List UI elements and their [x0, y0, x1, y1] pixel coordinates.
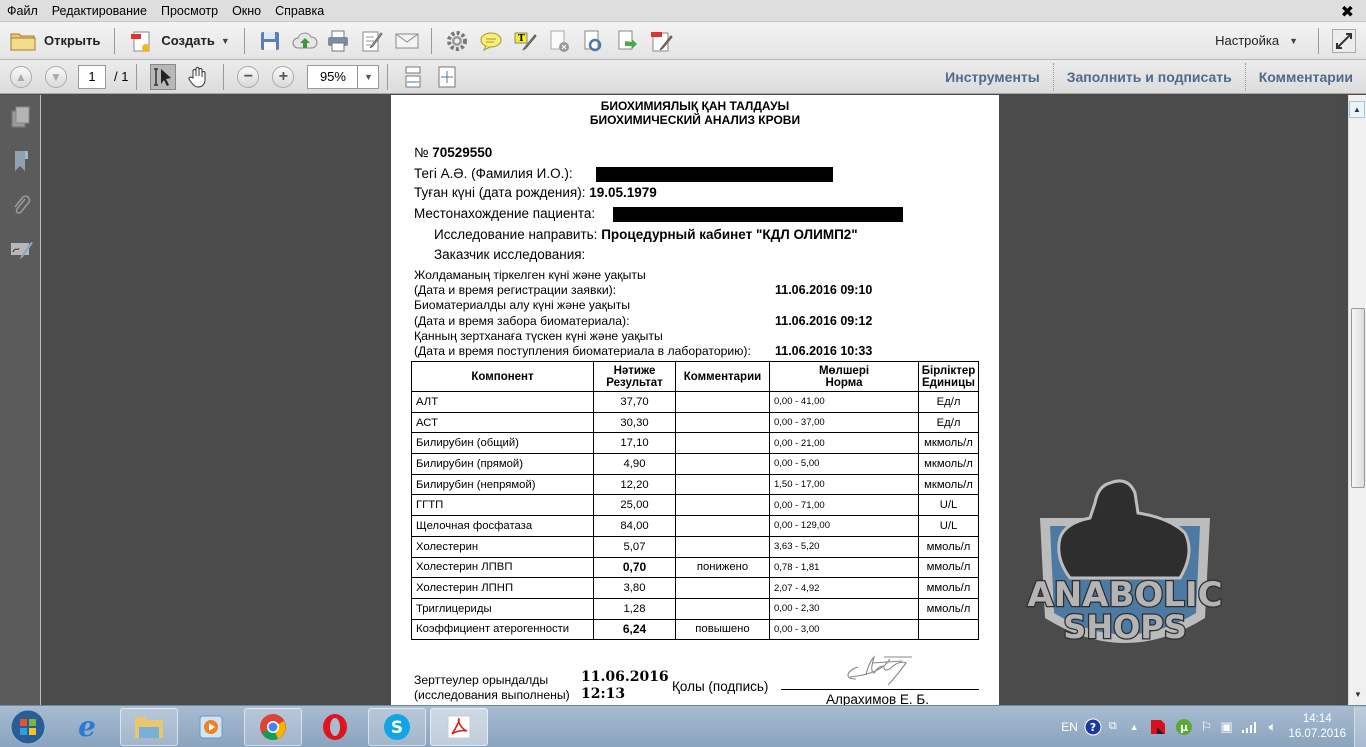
menu-window[interactable]: Окно: [225, 4, 268, 18]
clock-date: 16.07.2016: [1288, 727, 1346, 742]
highlight-text-icon[interactable]: T: [513, 29, 537, 53]
table-header-row: Компонент НәтижеРезультат Комментарии Мө…: [412, 362, 979, 392]
folder-icon: [10, 30, 36, 52]
component-cell: Щелочная фосфатаза: [412, 516, 594, 537]
component-cell: Холестерин: [412, 536, 594, 557]
unit-cell: U/L: [919, 516, 979, 537]
dob-value: 19.05.1979: [589, 185, 657, 200]
skype-icon: S: [382, 712, 412, 742]
lab-label-kz: Қанның зертханаға түскен күні және уақыт…: [414, 329, 663, 343]
results-table: Компонент НәтижеРезультат Комментарии Мө…: [411, 361, 979, 640]
opera-icon: [320, 712, 350, 742]
separator: [223, 64, 224, 90]
signatures-button[interactable]: [0, 227, 41, 271]
file-export-icon[interactable]: [615, 29, 639, 53]
send-to-value: Процедурный кабинет "КДЛ ОЛИМП2": [601, 227, 857, 242]
result-cell: 17,10: [594, 433, 676, 454]
power-icon[interactable]: ▣: [1220, 719, 1232, 735]
menu-edit[interactable]: Редактирование: [45, 4, 154, 18]
windows-taskbar: e S EN ? ⧉ ▲ µ ⚐ ▣ 🔈︎ 14:14 16.07.2016: [0, 705, 1366, 747]
norm-cell: 2,07 - 4,92: [770, 578, 919, 599]
kaspersky-icon[interactable]: [1149, 718, 1167, 736]
svg-text:T: T: [518, 34, 525, 44]
component-cell: Билирубин (общий): [412, 433, 594, 454]
done-time: 12:13: [581, 686, 625, 702]
clock[interactable]: 14:14 16.07.2016: [1288, 712, 1346, 742]
unit-cell: ммоль/л: [919, 598, 979, 619]
adobe-reader-window: Файл Редактирование Просмотр Окно Справк…: [0, 0, 1366, 747]
comment-icon[interactable]: [479, 29, 503, 53]
anabolic-shops-watermark: ANABOLIC SHOPS: [1020, 478, 1230, 663]
scroll-down-button[interactable]: ▼: [1350, 686, 1366, 703]
comments-pane-link[interactable]: Комментарии: [1245, 63, 1366, 91]
separator: [114, 28, 115, 54]
norm-cell: 1,50 - 17,00: [770, 474, 919, 495]
taskbar-chrome[interactable]: [244, 708, 302, 746]
header-norm: МөлшеріНорма: [770, 362, 919, 392]
signal-icon[interactable]: [1241, 720, 1259, 734]
done-label-kz: Зерттеулер орындалды: [414, 673, 548, 687]
separator: [431, 28, 432, 54]
hand-tool-icon[interactable]: [186, 65, 210, 89]
sign-icon[interactable]: [649, 29, 673, 53]
comment-cell: [676, 578, 770, 599]
chevron-down-icon: ▼: [1289, 36, 1298, 46]
folder-icon: [133, 713, 165, 741]
component-cell: Билирубин (непрямой): [412, 474, 594, 495]
taskbar-file-explorer[interactable]: [120, 708, 178, 746]
lab-label-ru: (Дата и время поступления биоматериала в…: [414, 344, 751, 358]
result-cell: 5,07: [594, 536, 676, 557]
svg-text:S: S: [391, 718, 403, 738]
customize-button[interactable]: Настройка ▼: [1209, 26, 1304, 56]
svg-text:µ: µ: [1180, 721, 1188, 734]
table-row: Билирубин (общий)17,100,00 - 21,00мкмоль…: [412, 433, 979, 454]
main-toolbar: Открыть Создать ▼ T Настройка ▼: [0, 22, 1366, 60]
table-row: АСТ30,300,00 - 37,00Ед/л: [412, 412, 979, 433]
result-cell: 25,00: [594, 495, 676, 516]
file-ocr-icon[interactable]: [581, 29, 605, 53]
signer-name: Алрахимов Е. Б.: [826, 692, 929, 705]
header-comments: Комментарии: [676, 362, 770, 392]
scroll-thumb[interactable]: [1351, 308, 1365, 488]
comment-cell: [676, 536, 770, 557]
done-label-ru: (исследования выполнены): [414, 688, 570, 702]
unit-cell: мкмоль/л: [919, 474, 979, 495]
norm-cell: 0,00 - 71,00: [770, 495, 919, 516]
signature-label: Қолы (подпись): [672, 679, 768, 694]
comment-cell: [676, 412, 770, 433]
bookmarks-button[interactable]: [0, 139, 41, 183]
header-result: НәтижеРезультат: [594, 362, 676, 392]
collect-label-ru: (Дата и время забора биоматериала):: [414, 314, 629, 328]
result-cell: 0,70: [594, 557, 676, 578]
document-title: БИОХИМИЯЛЫҚ ҚАН ТАЛДАУЫ БИОХИМИЧЕСКИЙ АН…: [391, 99, 999, 127]
fullscreen-icon[interactable]: [1332, 29, 1356, 53]
component-cell: АЛТ: [412, 392, 594, 413]
header-component: Компонент: [412, 362, 594, 392]
page-thumbnails-button[interactable]: [0, 95, 41, 139]
menu-bar: Файл Редактирование Просмотр Окно Справк…: [0, 0, 1366, 22]
attachments-button[interactable]: [0, 183, 41, 227]
page-number-input[interactable]: 1: [78, 65, 106, 89]
result-cell: 1,28: [594, 598, 676, 619]
vertical-scrollbar[interactable]: ▲ ▼: [1348, 95, 1366, 705]
patient-name-label: Тегі А.Ә. (Фамилия И.О.):: [414, 166, 573, 181]
navigation-pane: [0, 95, 41, 705]
menu-file[interactable]: Файл: [0, 4, 45, 18]
gear-icon[interactable]: [445, 29, 469, 53]
svg-text:SHOPS: SHOPS: [1063, 608, 1187, 646]
bookmark-icon: [11, 149, 31, 173]
previous-page-button[interactable]: ▲: [10, 66, 32, 88]
menu-view[interactable]: Просмотр: [154, 4, 225, 18]
select-tool-icon[interactable]: [150, 64, 176, 90]
volume-icon[interactable]: 🔈︎: [1269, 719, 1277, 735]
result-cell: 12,20: [594, 474, 676, 495]
collect-value: 11.06.2016 09:12: [775, 314, 872, 328]
component-cell: Билирубин (прямой): [412, 454, 594, 475]
close-document-icon[interactable]: ✖: [1341, 2, 1354, 22]
reg-value: 11.06.2016 09:10: [775, 283, 872, 297]
table-row: Билирубин (прямой)4,900,00 - 5,00мкмоль/…: [412, 454, 979, 475]
taskbar-skype[interactable]: S: [368, 708, 426, 746]
component-cell: Холестерин ЛПНП: [412, 578, 594, 599]
table-row: Коэффициент атерогенности6,24повышено0,0…: [412, 619, 979, 640]
fill-sign-pane-link[interactable]: Заполнить и подписать: [1053, 63, 1245, 91]
utorrent-icon[interactable]: µ: [1175, 718, 1193, 736]
clock-time: 14:14: [1288, 712, 1346, 727]
separator: [1318, 28, 1319, 54]
taskbar-adobe-reader[interactable]: [430, 708, 488, 746]
network-restore-icon[interactable]: ⧉: [1109, 720, 1117, 733]
scroll-up-button[interactable]: ▲: [1349, 101, 1365, 118]
comment-cell: [676, 598, 770, 619]
open-button[interactable]: Открыть: [4, 26, 106, 56]
result-cell: 84,00: [594, 516, 676, 537]
lab-value: 11.06.2016 10:33: [775, 344, 872, 358]
send-to-row: Исследование направить: Процедурный каби…: [434, 227, 858, 242]
table-row: АЛТ37,700,00 - 41,00Ед/л: [412, 392, 979, 413]
zoom-in-button[interactable]: +: [272, 66, 294, 88]
total-pages: / 1: [114, 69, 128, 84]
separator: [244, 28, 245, 54]
component-cell: Холестерин ЛПВП: [412, 557, 594, 578]
result-cell: 4,90: [594, 454, 676, 475]
unit-cell: мкмоль/л: [919, 433, 979, 454]
chrome-icon: [258, 712, 288, 742]
create-button[interactable]: Создать ▼: [123, 26, 235, 56]
norm-cell: 0,00 - 5,00: [770, 454, 919, 475]
norm-cell: 0,00 - 41,00: [770, 392, 919, 413]
unit-cell: ммоль/л: [919, 536, 979, 557]
collect-label-kz: Биоматериалды алу күні және уақыты: [414, 298, 630, 312]
tools-pane-link[interactable]: Инструменты: [932, 63, 1053, 91]
ie-icon: e: [78, 710, 96, 743]
menu-help[interactable]: Справка: [268, 4, 331, 18]
print-icon[interactable]: [326, 29, 350, 53]
pdf-page: БИОХИМИЯЛЫҚ ҚАН ТАЛДАУЫ БИОХИМИЧЕСКИЙ АН…: [391, 95, 999, 705]
title-kz: БИОХИМИЯЛЫҚ ҚАН ТАЛДАУЫ: [391, 99, 999, 113]
zoom-out-button[interactable]: −: [237, 66, 259, 88]
norm-cell: 0,00 - 129,00: [770, 516, 919, 537]
component-cell: ГГТП: [412, 495, 594, 516]
fit-page-icon[interactable]: [435, 65, 459, 89]
result-cell: 6,24: [594, 619, 676, 640]
unit-cell: ммоль/л: [919, 557, 979, 578]
norm-cell: 3,63 - 5,20: [770, 536, 919, 557]
norm-cell: 0,00 - 3,00: [770, 619, 919, 640]
comment-cell: [676, 495, 770, 516]
reg-label-kz: Жолдаманың тіркелген күні және уақыты: [414, 268, 646, 282]
chevron-down-icon: ▼: [221, 36, 230, 46]
unit-cell: ммоль/л: [919, 578, 979, 599]
media-player-icon: [197, 713, 225, 741]
taskbar-opera[interactable]: [306, 708, 364, 746]
signature-icon: [9, 238, 33, 260]
component-cell: АСТ: [412, 412, 594, 433]
create-label: Создать: [161, 33, 214, 48]
results-table-body: АЛТ37,700,00 - 41,00Ед/лАСТ30,300,00 - 3…: [412, 392, 979, 640]
zoom-value: 95%: [308, 66, 358, 88]
arrow-up-icon: ▲: [15, 70, 27, 84]
cloud-upload-icon[interactable]: [292, 29, 316, 53]
arrow-down-icon: ▼: [50, 70, 62, 84]
location-label: Местонахождение пациента:: [414, 206, 595, 221]
norm-cell: 0,00 - 37,00: [770, 412, 919, 433]
table-row: Холестерин ЛПНП3,802,07 - 4,92ммоль/л: [412, 578, 979, 599]
chevron-down-icon: ▼: [358, 66, 378, 88]
dob-row: Туған күні (дата рождения): 19.05.1979: [414, 185, 657, 200]
component-cell: Коэффициент атерогенности: [412, 619, 594, 640]
order-number: № 70529550: [414, 145, 492, 160]
language-indicator[interactable]: EN: [1061, 720, 1078, 734]
comment-cell: [676, 474, 770, 495]
reg-label-ru: (Дата и время регистрации заявки):: [414, 283, 616, 297]
norm-cell: 0,00 - 2,30: [770, 598, 919, 619]
norm-cell: 0,00 - 21,00: [770, 433, 919, 454]
help-icon[interactable]: ?: [1084, 718, 1102, 736]
done-date: 11.06.2016: [581, 669, 669, 685]
signature-line: [781, 689, 979, 690]
paperclip-icon: [11, 193, 31, 217]
table-row: ГГТП25,000,00 - 71,00U/L: [412, 495, 979, 516]
pages-icon: [10, 105, 32, 129]
redacted-name: [596, 167, 833, 182]
email-icon[interactable]: [394, 29, 418, 53]
comment-cell: [676, 454, 770, 475]
fit-width-icon[interactable]: [401, 65, 425, 89]
unit-cell: [919, 619, 979, 640]
file-delete-icon[interactable]: [547, 29, 571, 53]
adobe-reader-icon: [445, 713, 473, 741]
result-cell: 30,30: [594, 412, 676, 433]
table-row: Билирубин (непрямой)12,201,50 - 17,00мкм…: [412, 474, 979, 495]
norm-cell: 0,78 - 1,81: [770, 557, 919, 578]
unit-cell: мкмоль/л: [919, 454, 979, 475]
separator: [136, 64, 137, 90]
table-row: Триглицериды1,280,00 - 2,30ммоль/л: [412, 598, 979, 619]
open-label: Открыть: [44, 33, 100, 48]
comment-cell: [676, 392, 770, 413]
show-desktop-button[interactable]: [1354, 707, 1366, 747]
customize-label: Настройка: [1215, 33, 1279, 48]
taskbar-media-player[interactable]: [182, 708, 240, 746]
comment-cell: [676, 433, 770, 454]
taskbar-internet-explorer[interactable]: e: [58, 708, 116, 746]
unit-cell: U/L: [919, 495, 979, 516]
navigation-toolbar: ▲ ▼ 1 / 1 − + 95% ▼ Инструменты Заполнит…: [0, 60, 1366, 94]
title-ru: БИОХИМИЧЕСКИЙ АНАЛИЗ КРОВИ: [391, 113, 999, 127]
unit-cell: Ед/л: [919, 392, 979, 413]
comment-cell: [676, 516, 770, 537]
edit-icon[interactable]: [360, 29, 384, 53]
handwritten-signature: [836, 651, 926, 685]
create-pdf-icon: [129, 29, 153, 53]
header-units: БірліктерЕдиницы: [919, 362, 979, 392]
table-row: Холестерин ЛПВП0,70понижено0,78 - 1,81мм…: [412, 557, 979, 578]
redacted-location: [613, 207, 903, 222]
plus-icon: +: [279, 68, 288, 86]
comment-cell: повышено: [676, 619, 770, 640]
separator: [387, 64, 388, 90]
zoom-select[interactable]: 95% ▼: [307, 65, 379, 89]
show-hidden-icons[interactable]: ▲: [1130, 722, 1139, 732]
document-viewport[interactable]: БИОХИМИЯЛЫҚ ҚАН ТАЛДАУЫ БИОХИМИЧЕСКИЙ АН…: [42, 95, 1340, 705]
next-page-button[interactable]: ▼: [45, 66, 67, 88]
minus-icon: −: [244, 68, 253, 86]
component-cell: Триглицериды: [412, 598, 594, 619]
start-button[interactable]: [2, 708, 54, 746]
svg-text:?: ?: [1090, 721, 1096, 734]
windows-logo-icon: [9, 708, 47, 746]
customer-label: Заказчик исследования:: [434, 247, 585, 262]
result-cell: 37,70: [594, 392, 676, 413]
result-cell: 3,80: [594, 578, 676, 599]
unit-cell: Ед/л: [919, 412, 979, 433]
save-icon[interactable]: [258, 29, 282, 53]
comment-cell: понижено: [676, 557, 770, 578]
order-number-value: 70529550: [432, 145, 492, 160]
action-center-flag-icon[interactable]: ⚐: [1201, 719, 1213, 735]
table-row: Холестерин5,073,63 - 5,20ммоль/л: [412, 536, 979, 557]
table-row: Щелочная фосфатаза84,000,00 - 129,00U/L: [412, 516, 979, 537]
